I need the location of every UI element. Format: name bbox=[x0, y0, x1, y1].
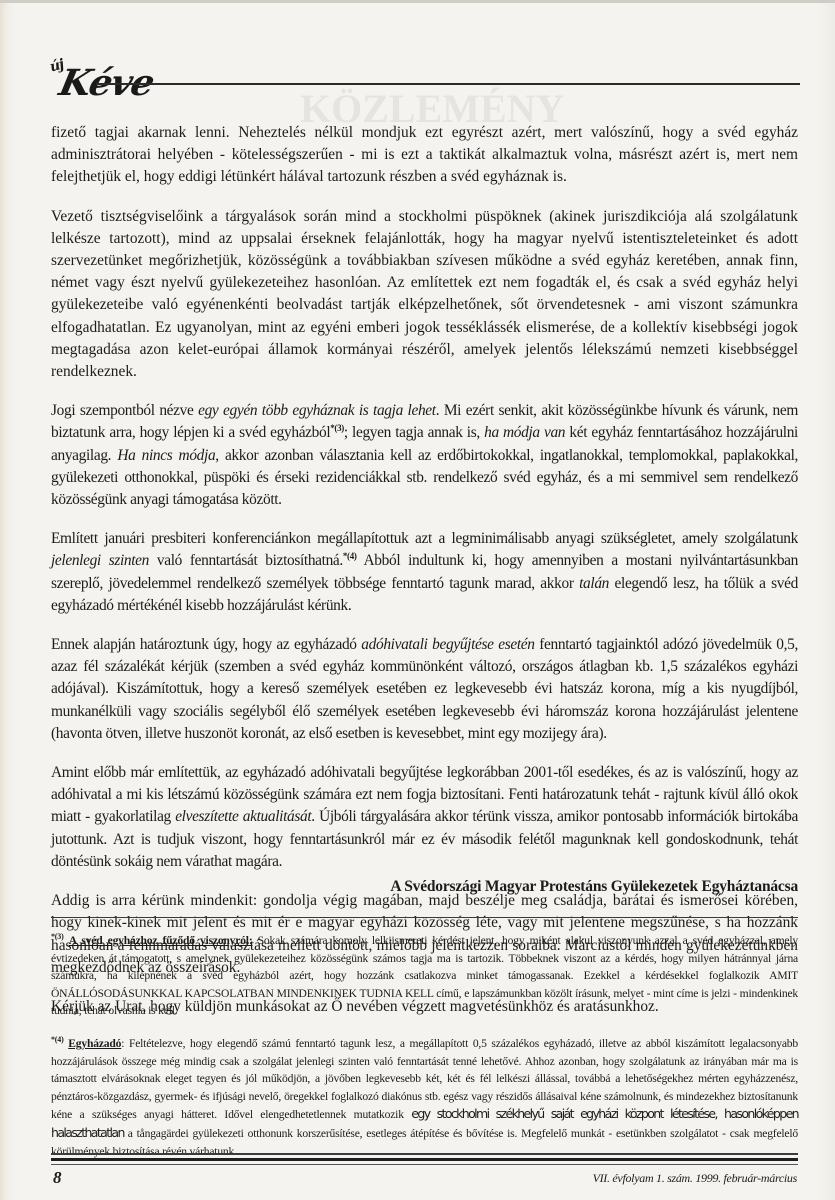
footnote-reference: *(4) bbox=[343, 551, 357, 561]
scan-top-edge bbox=[0, 0, 835, 3]
magazine-page: KÖZLEMÉNY új Kéve fizető tagjai akarnak … bbox=[0, 0, 835, 1200]
emphasis: egy egyén több egyháznak is tagja lehet bbox=[198, 402, 436, 419]
footnote-3: *(3) A svéd egyházhoz fűződő viszonyról:… bbox=[51, 932, 798, 1020]
footer-rule-middle bbox=[51, 1158, 798, 1161]
article-paragraph: Ennek alapján határoztunk úgy, hogy az e… bbox=[51, 634, 798, 745]
emphasis: elveszítette aktualitását bbox=[175, 808, 311, 825]
text-run: fizető tagjai akarnak lenni. Neheztelés … bbox=[51, 124, 798, 185]
text-run: való fenntartását biztosíthatná. bbox=[149, 552, 343, 569]
article-paragraph: fizető tagjai akarnak lenni. Neheztelés … bbox=[51, 122, 798, 189]
article-paragraph: Jogi szempontból nézve egy egyén több eg… bbox=[51, 400, 798, 511]
footnote-divider bbox=[51, 917, 798, 918]
footnotes: *(3) A svéd egyházhoz fűződő viszonyról:… bbox=[51, 932, 798, 1175]
footnote-heading: A svéd egyházhoz fűződő viszonyról: bbox=[69, 934, 253, 947]
issue-info: VII. évfolyam 1. szám. 1999. február-már… bbox=[593, 1171, 797, 1186]
emphasis: jelenlegi szinten bbox=[51, 552, 149, 569]
footer-rule-top bbox=[51, 1153, 798, 1155]
article-paragraph: Amint előbb már említettük, az egyházadó… bbox=[51, 762, 798, 873]
footer-rule-bottom bbox=[51, 1164, 798, 1165]
emphasis: Ha nincs módja bbox=[117, 447, 215, 464]
text-run: Említett januári presbiteri konferencián… bbox=[51, 530, 798, 547]
footnote-mark: *(3) bbox=[51, 932, 64, 941]
text-run: Jogi szempontból nézve bbox=[51, 402, 198, 419]
emphasis: adóhivatali begyűjtése esetén bbox=[361, 636, 534, 653]
header-rule bbox=[96, 83, 800, 85]
emphasis: ha módja van bbox=[484, 424, 565, 441]
article-body: fizető tagjai akarnak lenni. Neheztelés … bbox=[51, 122, 798, 1035]
footnote-4: *(4) Egyházadó: Feltételezve, hogy elege… bbox=[51, 1035, 798, 1160]
footnote-mark: *(4) bbox=[51, 1035, 64, 1044]
footnote-heading: Egyházadó bbox=[68, 1037, 121, 1050]
text-run: Ennek alapján határoztunk úgy, hogy az e… bbox=[51, 636, 361, 653]
masthead: új Kéve bbox=[50, 58, 800, 118]
article-paragraph: Vezető tisztségviselőink a tárgyalások s… bbox=[51, 206, 798, 384]
article-paragraph: Említett januári presbiteri konferencián… bbox=[51, 528, 798, 617]
page-number: 8 bbox=[53, 1168, 62, 1188]
footnote-reference: *(3) bbox=[330, 423, 344, 433]
emphasis: talán bbox=[579, 575, 609, 592]
text-run: ; legyen tagja annak is, bbox=[344, 424, 484, 441]
text-run: Vezető tisztségviselőink a tárgyalások s… bbox=[51, 208, 798, 380]
signature: A Svédországi Magyar Protestáns Gyülekez… bbox=[51, 878, 798, 896]
footer-rules bbox=[51, 1153, 798, 1167]
